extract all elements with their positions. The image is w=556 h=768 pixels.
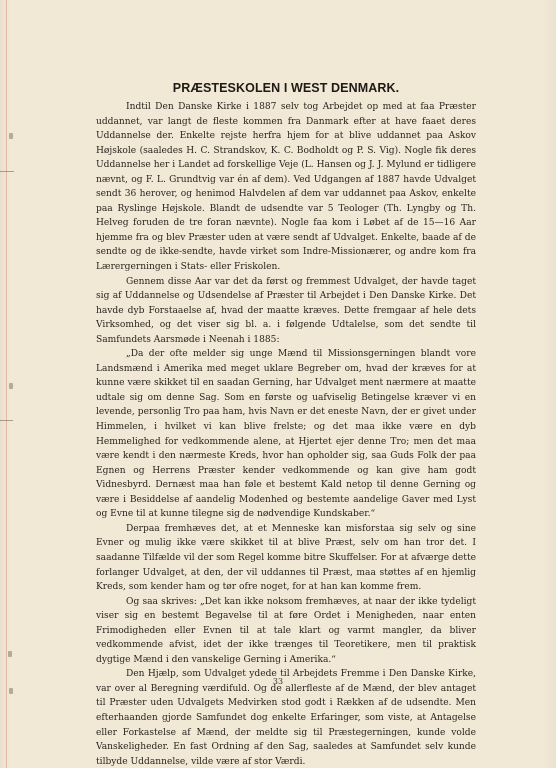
- paragraph: Gennem disse Aar var det da først og fre…: [96, 275, 476, 348]
- paragraph: Derpaa fremhæves det, at et Menneske kan…: [96, 522, 476, 595]
- binding-thread-mark: [0, 420, 13, 421]
- paragraph: Indtil Den Danske Kirke i 1887 selv tog …: [96, 100, 476, 275]
- binding-hole-mark: [9, 133, 13, 139]
- quoted-paragraph: „Da der ofte melder sig unge Mænd til Mi…: [96, 347, 476, 522]
- binding-hole-mark: [9, 688, 13, 694]
- binding-thread-mark: [0, 171, 14, 172]
- article-body: PRÆSTESKOLEN I WEST DENMARK. Indtil Den …: [96, 80, 476, 768]
- page-number: 33: [0, 677, 556, 686]
- binding-hole-mark: [9, 383, 13, 389]
- quoted-paragraph: Og saa skrives: „Det kan ikke noksom fre…: [96, 595, 476, 668]
- binding-hole-mark: [8, 651, 12, 657]
- page-title: PRÆSTESKOLEN I WEST DENMARK.: [96, 80, 476, 96]
- binding-edge-line: [6, 0, 7, 768]
- scanned-page: PRÆSTESKOLEN I WEST DENMARK. Indtil Den …: [0, 0, 556, 768]
